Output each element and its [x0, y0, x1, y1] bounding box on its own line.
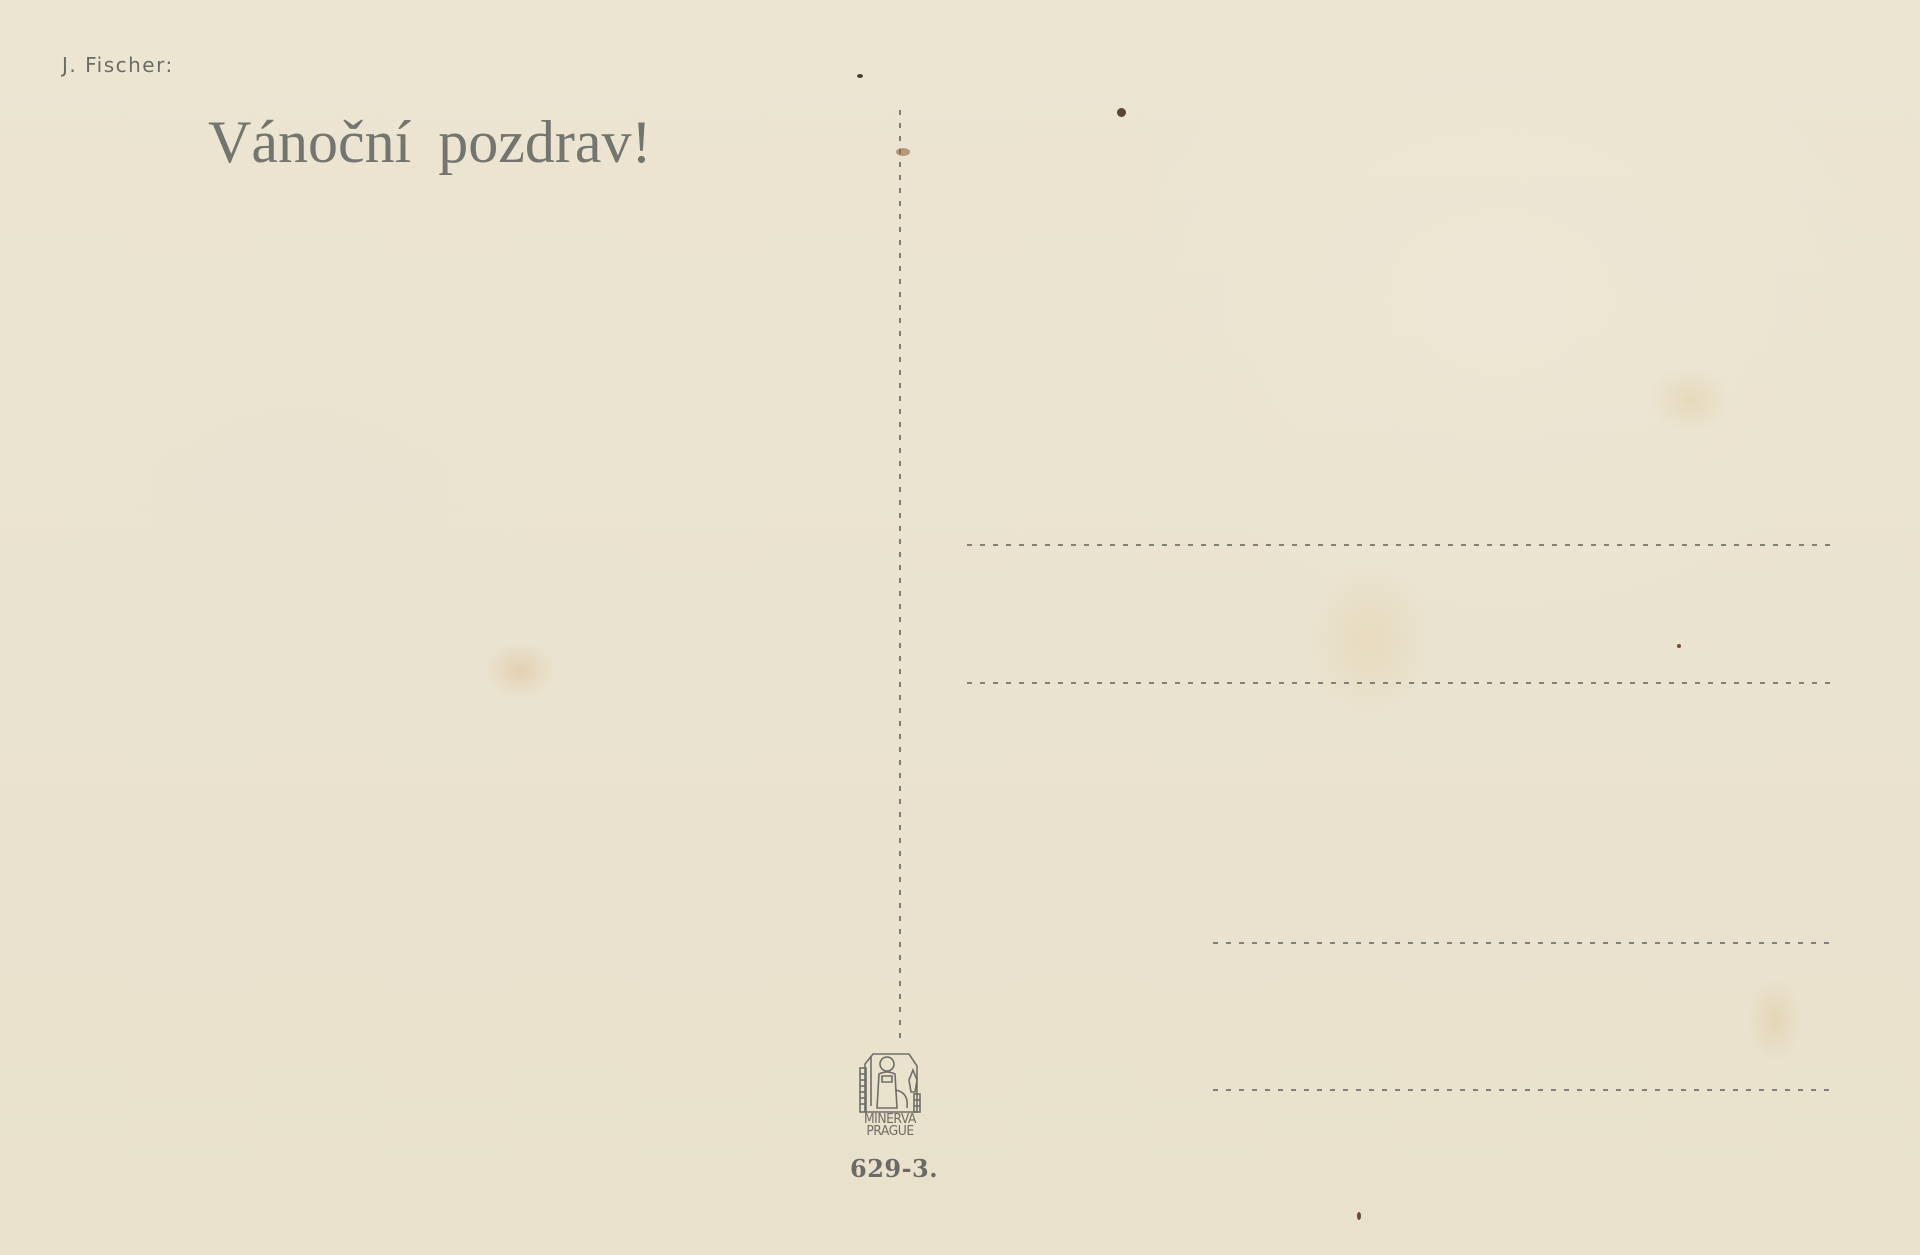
- address-line-4: [1213, 1089, 1833, 1091]
- publisher-name-line2: PRAGUE: [854, 1126, 926, 1138]
- address-line-2: [967, 682, 1835, 684]
- stain-spot: [1677, 644, 1681, 648]
- stain-spot: [1357, 1212, 1361, 1220]
- address-line-3: [1213, 942, 1831, 944]
- stain-spot: [1117, 108, 1126, 117]
- vertical-divider: [899, 110, 901, 1042]
- stain-spot: [857, 74, 863, 78]
- greeting-title: Vánoční pozdrav!: [208, 108, 651, 177]
- serial-number: 629-3.: [850, 1154, 938, 1183]
- address-line-1: [967, 544, 1833, 546]
- publisher-logo: MINERVA PRAGUE: [852, 1050, 928, 1138]
- stain-spot: [896, 148, 910, 156]
- minerva-figure-icon: [857, 1050, 923, 1114]
- author-label: J. Fischer:: [62, 53, 174, 77]
